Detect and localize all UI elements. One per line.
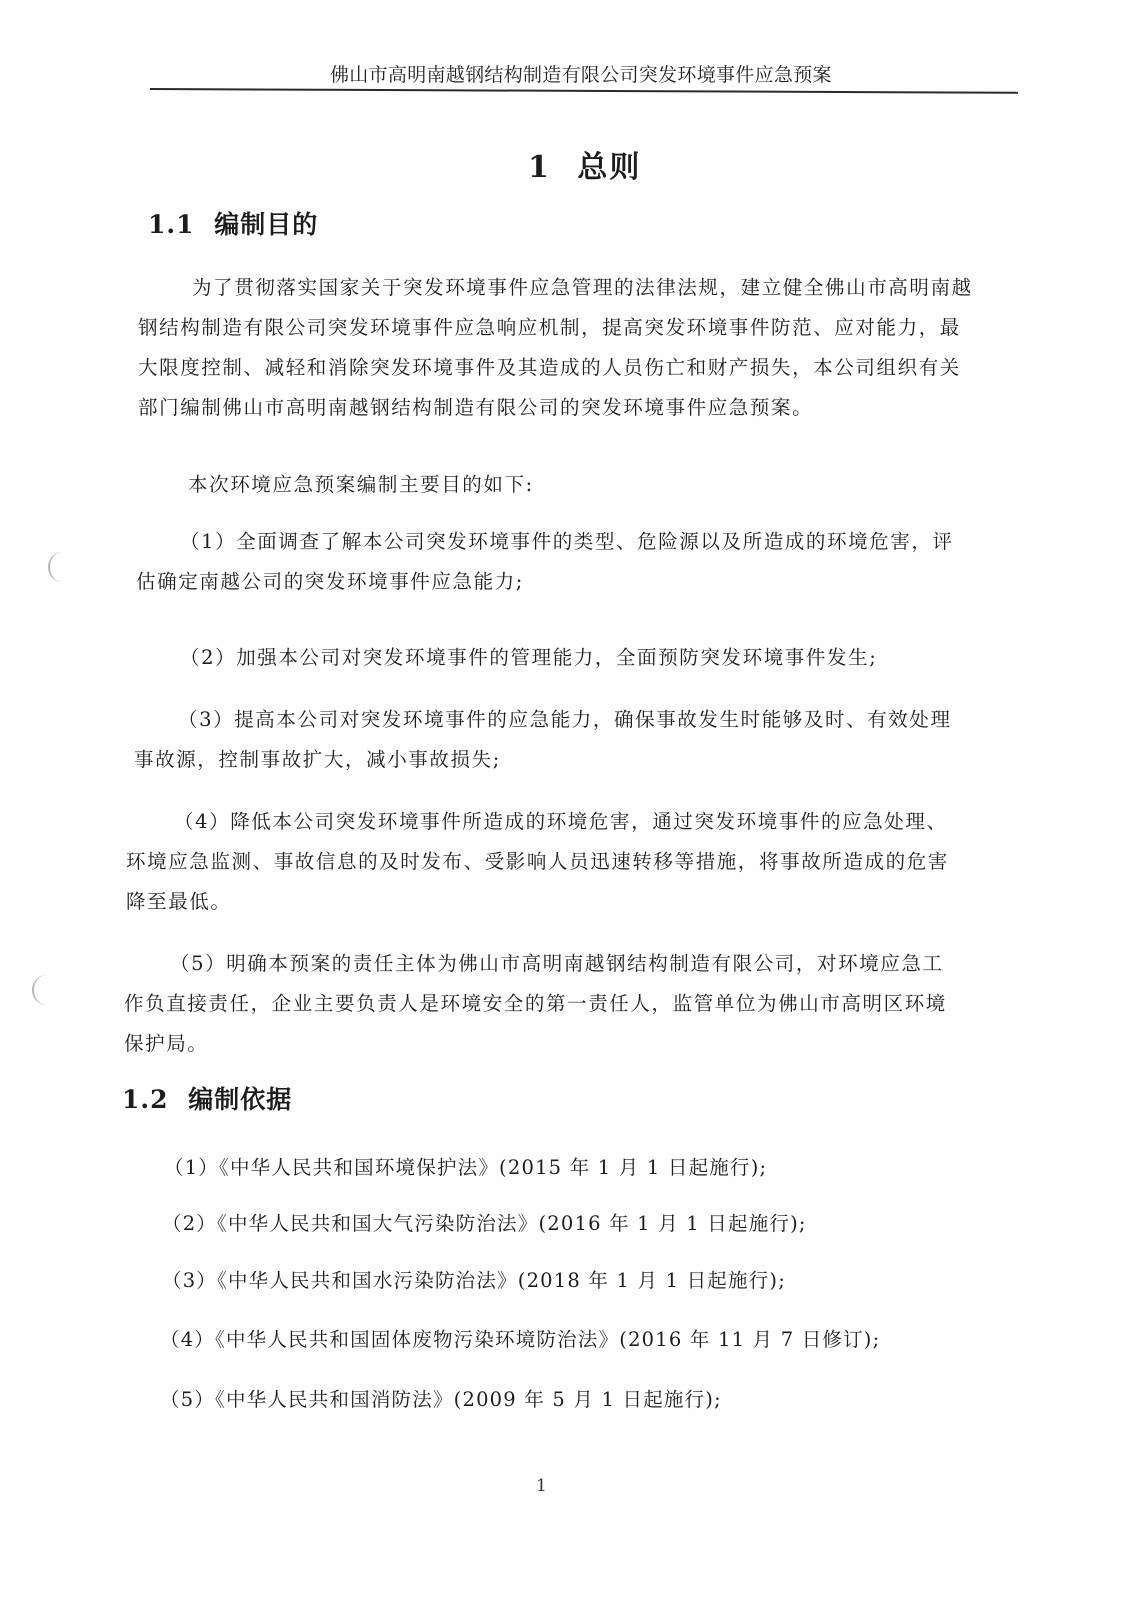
item-line: 事故源，控制事故扩大，减小事故损失; bbox=[134, 740, 952, 780]
purpose-lead: 本次环境应急预案编制主要目的如下: bbox=[188, 465, 534, 505]
section-heading: 编制依据 bbox=[188, 1085, 292, 1114]
purpose-paragraph: 为了贯彻落实国家关于突发环境事件应急管理的法律法规，建立健全佛山市高明南越 钢结… bbox=[138, 268, 973, 428]
page-number: 1 bbox=[536, 1476, 547, 1496]
basis-item-3: （3）《中华人民共和国水污染防治法》(2018 年 1 月 1 日起施行); bbox=[162, 1265, 786, 1293]
purpose-item-5: （5）明确本预案的责任主体为佛山市高明南越钢结构制造有限公司，对环境应急工 作负… bbox=[124, 944, 947, 1064]
section-title-1-2: 1.2 编制依据 bbox=[122, 1080, 292, 1116]
purpose-item-3: （3）提高本公司对突发环境事件的应急能力，确保事故发生时能够及时、有效处理 事故… bbox=[134, 700, 952, 780]
binding-hole-mark bbox=[48, 552, 76, 582]
section-number: 1.1 bbox=[148, 210, 195, 239]
section-title-1-1: 1.1 编制目的 bbox=[148, 205, 318, 241]
paragraph-line: 钢结构制造有限公司突发环境事件应急响应机制，提高突发环境事件防范、应对能力，最 bbox=[138, 308, 973, 348]
basis-item-4: （4）《中华人民共和国固体废物污染环境防治法》(2016 年 11 月 7 日修… bbox=[160, 1324, 880, 1352]
chapter-heading: 总则 bbox=[577, 150, 641, 185]
purpose-item-1: （1）全面调查了解本公司突发环境事件的类型、危险源以及所造成的环境危害，评 估确… bbox=[136, 522, 954, 602]
paragraph-line: 为了贯彻落实国家关于突发环境事件应急管理的法律法规，建立健全佛山市高明南越 bbox=[138, 268, 973, 308]
basis-item-2: （2）《中华人民共和国大气污染防治法》(2016 年 1 月 1 日起施行); bbox=[162, 1208, 807, 1236]
basis-item-5: （5）《中华人民共和国消防法》(2009 年 5 月 1 日起施行); bbox=[160, 1384, 722, 1412]
document-page: 佛山市高明南越钢结构制造有限公司突发环境事件应急预案 1 总则 1.1 编制目的… bbox=[0, 0, 1131, 1600]
paragraph-line: 大限度控制、减轻和消除突发环境事件及其造成的人员伤亡和财产损失，本公司组织有关 bbox=[138, 348, 973, 388]
basis-item-1: （1）《中华人民共和国环境保护法》(2015 年 1 月 1 日起施行); bbox=[164, 1152, 767, 1180]
item-line: （2）加强本公司对突发环境事件的管理能力，全面预防突发环境事件发生; bbox=[180, 638, 877, 678]
binding-hole-mark bbox=[32, 975, 60, 1005]
running-header: 佛山市高明南越钢结构制造有限公司突发环境事件应急预案 bbox=[330, 60, 832, 87]
item-line: （5）明确本预案的责任主体为佛山市高明南越钢结构制造有限公司，对环境应急工 bbox=[124, 944, 947, 984]
chapter-title: 1 总则 bbox=[528, 142, 641, 186]
section-number: 1.2 bbox=[122, 1085, 169, 1114]
item-line: 环境应急监测、事故信息的及时发布、受影响人员迅速转移等措施，将事故所造成的危害 bbox=[126, 842, 949, 882]
header-rule bbox=[150, 88, 1018, 94]
paragraph-line: 部门编制佛山市高明南越钢结构制造有限公司的突发环境事件应急预案。 bbox=[138, 388, 973, 428]
item-line: （1）全面调查了解本公司突发环境事件的类型、危险源以及所造成的环境危害，评 bbox=[136, 522, 954, 562]
item-line: 估确定南越公司的突发环境事件应急能力; bbox=[136, 562, 954, 602]
item-line: （4）降低本公司突发环境事件所造成的环境危害，通过突发环境事件的应急处理、 bbox=[126, 802, 949, 842]
chapter-number: 1 bbox=[528, 150, 551, 185]
purpose-item-4: （4）降低本公司突发环境事件所造成的环境危害，通过突发环境事件的应急处理、 环境… bbox=[126, 802, 949, 922]
purpose-item-2: （2）加强本公司对突发环境事件的管理能力，全面预防突发环境事件发生; bbox=[180, 638, 877, 678]
item-line: 作负直接责任，企业主要负责人是环境安全的第一责任人，监管单位为佛山市高明区环境 bbox=[124, 984, 947, 1024]
item-line: 保护局。 bbox=[124, 1024, 947, 1064]
item-line: 降至最低。 bbox=[126, 882, 949, 922]
item-line: （3）提高本公司对突发环境事件的应急能力，确保事故发生时能够及时、有效处理 bbox=[134, 700, 952, 740]
section-heading: 编制目的 bbox=[214, 210, 318, 239]
